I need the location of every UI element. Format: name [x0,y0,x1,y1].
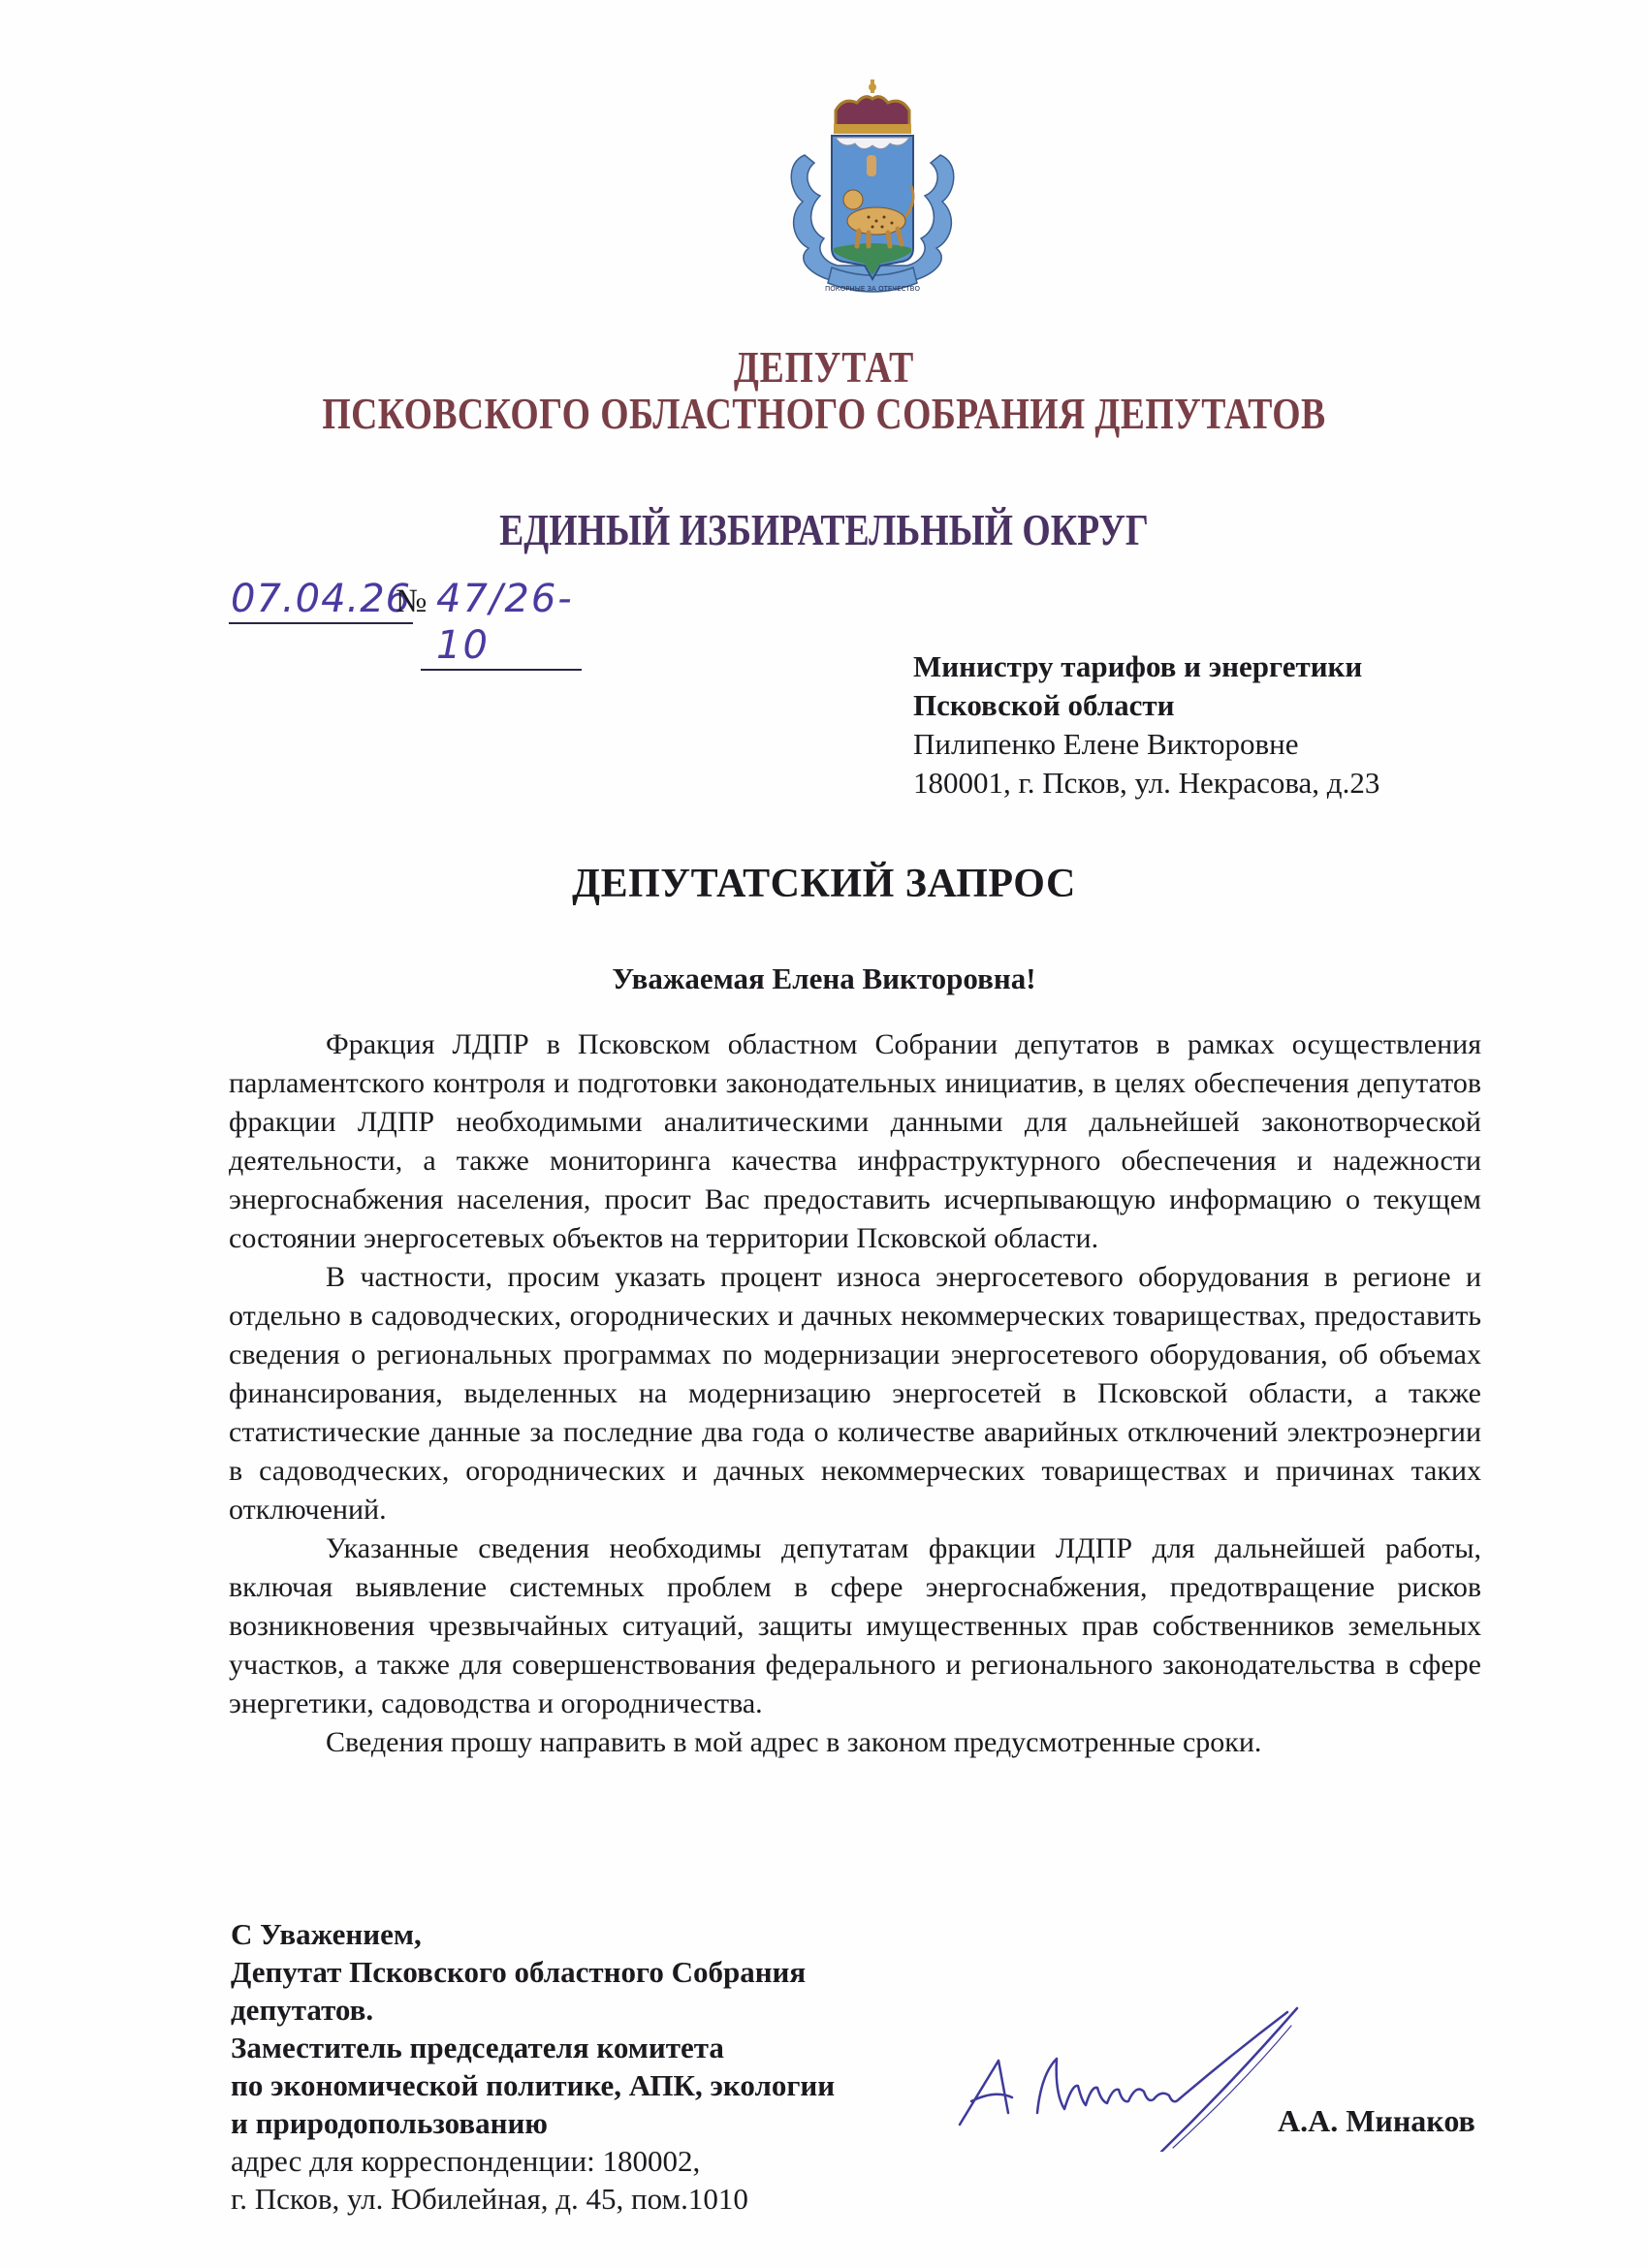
coat-of-arms-icon: ПОКОРНЫЕ ЗА ОТЕЧЕСТВО [776,76,969,304]
addressee-position: Министру тарифов и энергетики [913,647,1379,686]
letterhead-subtitle: ЕДИНЫЙ ИЗБИРАТЕЛЬНЫЙ ОКРУГ [148,504,1500,555]
addressee-region: Псковской области [913,686,1379,725]
registration-date: 07.04.26 [229,576,413,624]
letterhead-title-line2: ПСКОВСКОГО ОБЛАСТНОГО СОБРАНИЯ ДЕПУТАТОВ [148,388,1500,439]
document-title: ДЕПУТАТСКИЙ ЗАПРОС [0,861,1648,907]
svg-text:ПОКОРНЫЕ ЗА ОТЕЧЕСТВО: ПОКОРНЫЕ ЗА ОТЕЧЕСТВО [825,285,920,293]
position-line: по экономической политике, АПК, экологии [231,2066,835,2104]
position-line: и природопользованию [231,2104,835,2142]
closing: С Уважением, [231,1915,835,1953]
addressee-block: Министру тарифов и энергетики Псковской … [913,647,1379,803]
correspondence-address: адрес для корреспонденции: 180002, [231,2142,835,2180]
position-line: депутатов. [231,1991,835,2029]
correspondence-address: г. Псков, ул. Юбилейная, д. 45, пом.1010 [231,2180,835,2218]
letterhead-title-line1: ДЕПУТАТ [148,341,1500,393]
registration-line: 07.04.26 № 47/26-10 [225,572,632,630]
position-line: Депутат Псковского областного Собрания [231,1953,835,1991]
position-line: Заместитель председателя комитета [231,2029,835,2066]
addressee-name: Пилипенко Елене Викторовне [913,725,1379,764]
signature-block: С Уважением, Депутат Псковского областно… [231,1915,835,2218]
signer-name: А.А. Минаков [1278,2103,1475,2139]
body-paragraph: В частности, просим указать процент изно… [229,1258,1481,1529]
letter-page: ПОКОРНЫЕ ЗА ОТЕЧЕСТВО ДЕПУТАТ ПСКОВСКОГО… [0,0,1648,2268]
body-paragraph: Фракция ЛДПР в Псковском областном Собра… [229,1025,1481,1258]
body-paragraph: Указанные сведения необходимы депутатам … [229,1529,1481,1723]
greeting: Уважаемая Елена Викторовна! [0,961,1648,996]
addressee-address: 180001, г. Псков, ул. Некрасова, д.23 [913,764,1379,803]
registration-number: 47/26-10 [421,576,582,671]
letter-body: Фракция ЛДПР в Псковском областном Собра… [229,1025,1481,1762]
body-paragraph: Сведения прошу направить в мой адрес в з… [229,1723,1481,1762]
